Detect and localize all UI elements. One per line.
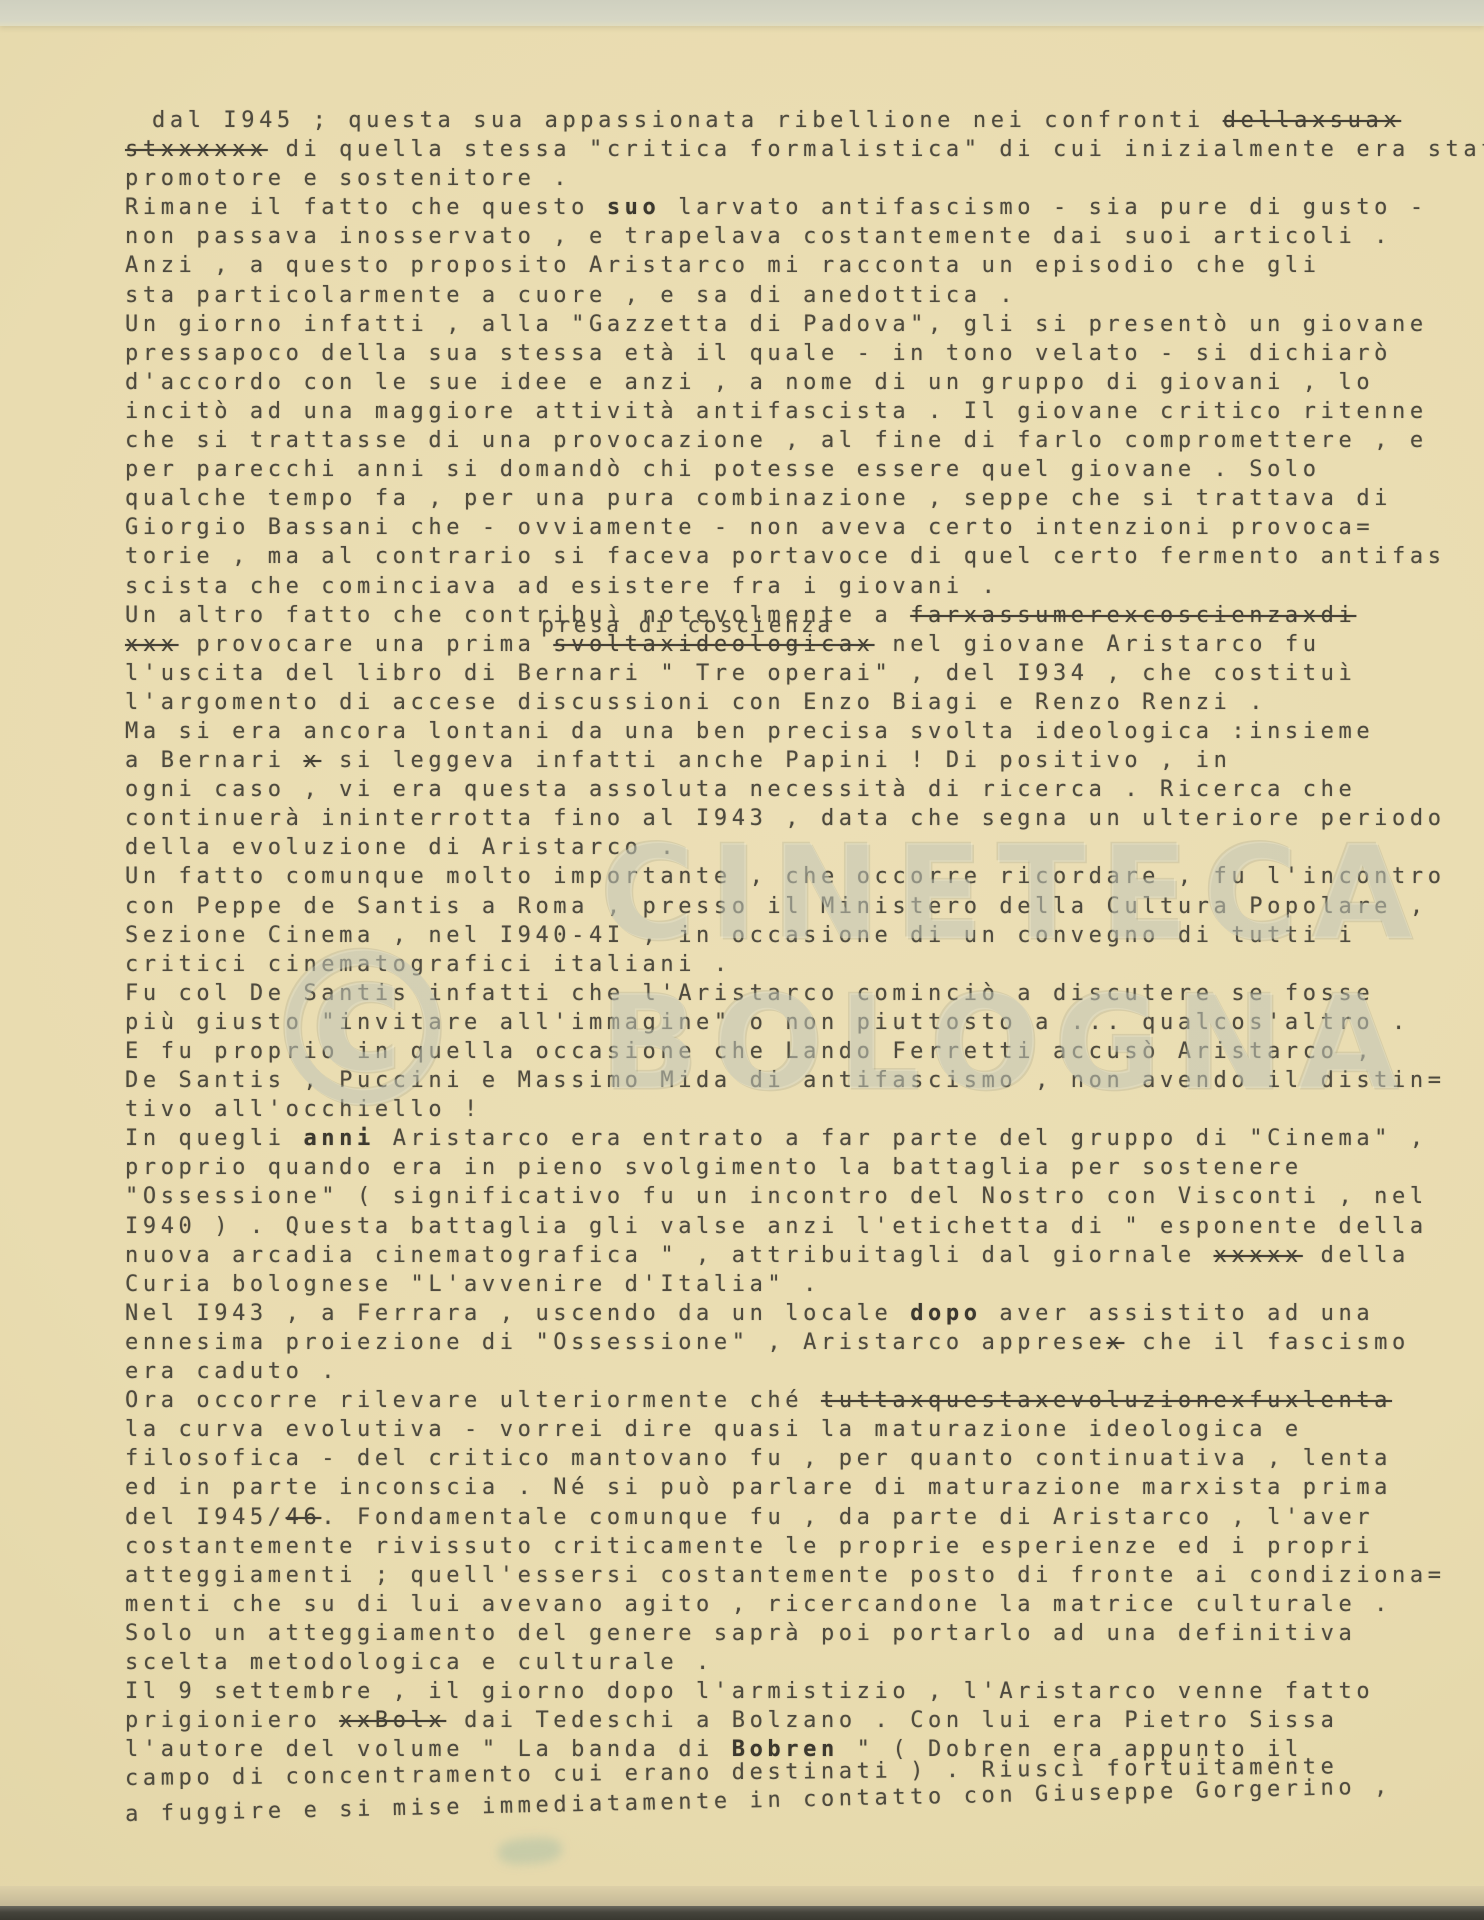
document-line: scista che cominciava ad esistere fra i … — [125, 572, 1484, 601]
struck-text: dellaxsuax — [1223, 108, 1401, 133]
struck-text: farxassumerexcoscienzaxdi — [910, 603, 1356, 628]
text-segment: promotore e sostenitore . — [125, 166, 571, 191]
struck-text: 46 — [286, 1505, 322, 1530]
document-line: la curva evolutiva - vorrei dire quasi l… — [125, 1415, 1484, 1444]
text-segment: per parecchi anni si domandò chi potesse… — [125, 457, 1321, 482]
text-segment: suo — [607, 195, 661, 220]
document-line: continuerà ininterrotta fino al I943 , d… — [125, 804, 1484, 833]
text-segment: d'accordo con le sue idee e anzi , a nom… — [125, 370, 1374, 395]
text-segment: I940 ) . Questa battaglia gli valse anzi… — [125, 1214, 1428, 1239]
document-line: non passava inosservato , e trapelava co… — [125, 222, 1484, 251]
text-segment: scista che cominciava ad esistere fra i … — [125, 574, 999, 599]
text-segment: Aristarco era entrato a far parte del gr… — [375, 1126, 1428, 1151]
text-segment: Un giorno infatti , alla "Gazzetta di Pa… — [125, 312, 1428, 337]
document-line: del I945/46. Fondamentale comunque fu , … — [125, 1503, 1484, 1532]
document-line: che si trattasse di una provocazione , a… — [125, 426, 1484, 455]
document-line: filosofica - del critico mantovano fu , … — [125, 1444, 1484, 1473]
text-segment: pressapoco della sua stessa età il quale… — [125, 341, 1392, 366]
text-segment: nuova arcadia cinematografica " , attrib… — [125, 1243, 1214, 1268]
text-segment: qualche tempo fa , per una pura combinaz… — [125, 486, 1392, 511]
text-segment: ogni caso , vi era questa assoluta neces… — [125, 777, 1356, 802]
text-segment: l'argomento di accese discussioni con En… — [125, 690, 1267, 715]
text-segment: Fu col De Santis infatti che l'Aristarco… — [125, 981, 1374, 1006]
text-segment: nel giovane Aristarco fu — [875, 632, 1321, 657]
struck-text: xxx — [125, 632, 179, 657]
text-segment: Un fatto comunque molto importante , che… — [125, 864, 1446, 889]
document-line: nuova arcadia cinematografica " , attrib… — [125, 1241, 1484, 1270]
document-line: sta particolarmente a cuore , e sa di an… — [125, 281, 1484, 310]
text-segment: scelta metodologica e culturale . — [125, 1650, 714, 1675]
document-line: Un giorno infatti , alla "Gazzetta di Pa… — [125, 310, 1484, 339]
struck-text: x — [303, 748, 321, 773]
text-segment: anni — [303, 1126, 374, 1151]
text-segment: continuerà ininterrotta fino al I943 , d… — [125, 806, 1446, 831]
text-segment: prigioniero — [125, 1708, 339, 1733]
document-line: scelta metodologica e culturale . — [125, 1648, 1484, 1677]
paper-bottom-edge — [0, 1886, 1484, 1906]
text-segment: larvato antifascismo - sia pure di gusto… — [660, 195, 1427, 220]
text-segment: Ma si era ancora lontani da una ben prec… — [125, 719, 1374, 744]
text-segment: della — [1303, 1243, 1410, 1268]
document-line: In quegli anni Aristarco era entrato a f… — [125, 1124, 1484, 1153]
document-line: qualche tempo fa , per una pura combinaz… — [125, 484, 1484, 513]
document-line: E fu proprio in quella occasione che Lan… — [125, 1037, 1484, 1066]
text-segment: Sezione Cinema , nel I940-4I , in occasi… — [125, 923, 1356, 948]
text-segment: non passava inosservato , e trapelava co… — [125, 224, 1392, 249]
text-segment: di quella stessa "critica formalistica" … — [268, 137, 1484, 162]
document-line: più giusto "invitare all'immagine" o non… — [125, 1008, 1484, 1037]
document-line: l'uscita del libro di Bernari " Tre oper… — [125, 659, 1484, 688]
text-segment: incitò ad una maggiore attività antifasc… — [125, 399, 1428, 424]
document-line: pressapoco della sua stessa età il quale… — [125, 339, 1484, 368]
document-line: Ma si era ancora lontani da una ben prec… — [125, 717, 1484, 746]
text-segment: ennesima proiezione di "Ossessione" , Ar… — [125, 1330, 1106, 1355]
struck-text: stxxxxxx — [125, 137, 268, 162]
scan-bottom-strip — [0, 1906, 1484, 1920]
document-line: ed in parte inconscia . Né si può parlar… — [125, 1473, 1484, 1502]
struck-text: x — [1106, 1330, 1124, 1355]
document-line: critici cinematografici italiani . — [125, 950, 1484, 979]
text-segment: Ora occorre rilevare ulteriormente ché — [125, 1388, 821, 1413]
document-line: d'accordo con le sue idee e anzi , a nom… — [125, 368, 1484, 397]
text-segment: torie , ma al contrario si faceva portav… — [125, 544, 1446, 569]
text-segment: Curia bolognese "L'avvenire d'Italia" . — [125, 1272, 821, 1297]
text-segment: che si trattasse di una provocazione , a… — [125, 428, 1428, 453]
text-segment: sta particolarmente a cuore , e sa di an… — [125, 283, 1017, 308]
text-segment: con Peppe de Santis a Roma , presso il M… — [125, 894, 1428, 919]
document-line: Nel I943 , a Ferrara , uscendo da un loc… — [125, 1299, 1484, 1328]
document-line: l'argomento di accese discussioni con En… — [125, 688, 1484, 717]
text-segment: In quegli — [125, 1126, 303, 1151]
document-line: ogni caso , vi era questa assoluta neces… — [125, 775, 1484, 804]
document-line: torie , ma al contrario si faceva portav… — [125, 542, 1484, 571]
document-line: De Santis , Puccini e Massimo Mida di an… — [125, 1066, 1484, 1095]
text-segment: era caduto . — [125, 1359, 339, 1384]
text-segment: . Fondamentale comunque fu , da parte di… — [321, 1505, 1374, 1530]
document-text: dal I945 ; questa sua appassionata ribel… — [125, 106, 1484, 1823]
document-line: I940 ) . Questa battaglia gli valse anzi… — [125, 1212, 1484, 1241]
document-line: Ora occorre rilevare ulteriormente ché t… — [125, 1386, 1484, 1415]
document-line: con Peppe de Santis a Roma , presso il M… — [125, 892, 1484, 921]
document-line: menti che su di lui avevano agito , rice… — [125, 1590, 1484, 1619]
text-segment: della evoluzione di Aristarco . — [125, 835, 678, 860]
document-line: tivo all'occhiello ! — [125, 1095, 1484, 1124]
text-segment: tivo all'occhiello ! — [125, 1097, 482, 1122]
document-line: Curia bolognese "L'avvenire d'Italia" . — [125, 1270, 1484, 1299]
document-line: Fu col De Santis infatti che l'Aristarco… — [125, 979, 1484, 1008]
text-segment: del I945/ — [125, 1505, 286, 1530]
document-line: ennesima proiezione di "Ossessione" , Ar… — [125, 1328, 1484, 1357]
document-line: Solo un atteggiamento del genere saprà p… — [125, 1619, 1484, 1648]
text-segment: E fu proprio in quella occasione che Lan… — [125, 1039, 1374, 1064]
document-line: Sezione Cinema , nel I940-4I , in occasi… — [125, 921, 1484, 950]
text-segment: provocare una prima — [179, 632, 554, 657]
text-segment: costantemente rivissuto criticamente le … — [125, 1534, 1374, 1559]
document-line: dal I945 ; questa sua appassionata ribel… — [125, 106, 1484, 135]
struck-text: xxxxx — [1214, 1243, 1303, 1268]
text-segment: dal I945 ; questa sua appassionata ribel… — [152, 108, 1223, 133]
document-line: promotore e sostenitore . — [125, 164, 1484, 193]
document-line: proprio quando era in pieno svolgimento … — [125, 1153, 1484, 1182]
struck-text: tuttaxquestaxevoluzionexfuxlenta — [821, 1388, 1392, 1413]
text-segment: più giusto "invitare all'immagine" o non… — [125, 1010, 1410, 1035]
text-segment: atteggiamenti ; quell'essersi costanteme… — [125, 1563, 1446, 1588]
text-segment: De Santis , Puccini e Massimo Mida di an… — [125, 1068, 1446, 1093]
document-line: atteggiamenti ; quell'essersi costanteme… — [125, 1561, 1484, 1590]
document-line: Rimane il fatto che questo suo larvato a… — [125, 193, 1484, 222]
text-segment: Solo un atteggiamento del genere saprà p… — [125, 1621, 1356, 1646]
document-line: prigioniero xxBolx dai Tedeschi a Bolzan… — [125, 1706, 1484, 1735]
document-line: per parecchi anni si domandò chi potesse… — [125, 455, 1484, 484]
text-segment: Rimane il fatto che questo — [125, 195, 607, 220]
text-segment: filosofica - del critico mantovano fu , … — [125, 1446, 1392, 1471]
inserted-annotation: presa di coscienza — [541, 615, 833, 636]
text-segment: Giorgio Bassani che - ovviamente - non a… — [125, 515, 1374, 540]
text-segment: ed in parte inconscia . Né si può parlar… — [125, 1475, 1392, 1500]
text-segment: la curva evolutiva - vorrei dire quasi l… — [125, 1417, 1303, 1442]
text-segment: Anzi , a questo proposito Aristarco mi r… — [125, 253, 1321, 278]
text-segment: che il fascismo — [1124, 1330, 1410, 1355]
text-segment: Nel I943 , a Ferrara , uscendo da un loc… — [125, 1301, 910, 1326]
document-line: Giorgio Bassani che - ovviamente - non a… — [125, 513, 1484, 542]
document-line: "Ossessione" ( significativo fu un incon… — [125, 1182, 1484, 1211]
document-line: della evoluzione di Aristarco . — [125, 833, 1484, 862]
document-line: a Bernari x si leggeva infatti anche Pap… — [125, 746, 1484, 775]
struck-text: xxBolx — [339, 1708, 446, 1733]
document-line: era caduto . — [125, 1357, 1484, 1386]
text-segment: si leggeva infatti anche Papini ! Di pos… — [321, 748, 1231, 773]
document-line: costantemente rivissuto criticamente le … — [125, 1532, 1484, 1561]
document-line: Anzi , a questo proposito Aristarco mi r… — [125, 251, 1484, 280]
text-segment: l'uscita del libro di Bernari " Tre oper… — [125, 661, 1356, 686]
text-segment: a Bernari — [125, 748, 303, 773]
paper-top-edge — [0, 0, 1484, 26]
text-segment: aver assistito ad una — [982, 1301, 1375, 1326]
document-line: stxxxxxx di quella stessa "critica forma… — [125, 135, 1484, 164]
document-line: Un fatto comunque molto importante , che… — [125, 862, 1484, 891]
text-segment: menti che su di lui avevano agito , rice… — [125, 1592, 1392, 1617]
text-segment: proprio quando era in pieno svolgimento … — [125, 1155, 1303, 1180]
document-line: Il 9 settembre , il giorno dopo l'armist… — [125, 1677, 1484, 1706]
text-segment: dai Tedeschi a Bolzano . Con lui era Pie… — [446, 1708, 1338, 1733]
document-line: incitò ad una maggiore attività antifasc… — [125, 397, 1484, 426]
text-segment: "Ossessione" ( significativo fu un incon… — [125, 1184, 1428, 1209]
document-line: xxx provocare una prima presa di coscien… — [125, 630, 1484, 659]
text-segment: dopo — [910, 1301, 981, 1326]
text-segment: Il 9 settembre , il giorno dopo l'armist… — [125, 1679, 1374, 1704]
text-segment: critici cinematografici italiani . — [125, 952, 732, 977]
